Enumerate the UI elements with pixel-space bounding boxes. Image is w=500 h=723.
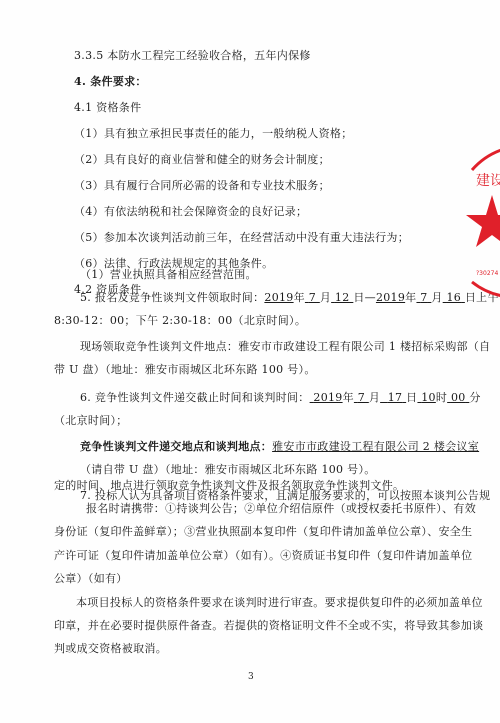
qualification-1: （1）营业执照具备相应经营范围。 [80, 268, 257, 282]
section-4-1-heading: 4.1 资格条件 [74, 101, 141, 115]
section-5-line-1: 5. 报名及竞争性谈判文件领取时间：2019年 7 月 12 日—2019年 7… [80, 291, 499, 305]
section-6-line-1: 6. 竞争性谈判文件递交截止时间和谈判时间： 2019年 7 月 17 日 10… [80, 391, 481, 405]
section-6-line-2: （北京时间）； [54, 414, 128, 428]
condition-5: （5）参加本次谈判活动前三年，在经营活动中没有重大违法行为； [74, 231, 409, 245]
condition-1: （1）具有独立承担民事责任的能力，一般纳税人资格； [74, 127, 353, 141]
condition-3: （3）具有履行合同所必需的设备和专业技术服务； [74, 179, 330, 193]
page-number: 3 [248, 672, 254, 682]
section-7-line-2: 定的时间、地点进行领取竞争性谈判文件及报名领取竞争性谈判文件。 [54, 479, 404, 493]
review-line-3: 判或成交资格被取消。 [54, 642, 167, 656]
submission-location-line-2: （请自带 U 盘）（地址：雅安市雨城区北环东路 100 号）。 [80, 463, 376, 477]
section-5-line-2: 8:30-12：00；下午 2:30-18：00（北京时间）。 [54, 314, 306, 328]
bring-items-line-4: 公章）（如有） [54, 572, 128, 586]
pickup-location-line-2: 带 U 盘）（地址：雅安市雨城区北环东路 100 号）。 [54, 363, 316, 377]
section-4-heading: 4. 条件要求： [74, 75, 147, 89]
review-line-2: 印章，并在必要时提供原件备查。若提供的资格证明文件不全或不实，将导致其参加谈 [54, 619, 483, 633]
review-line-1: 本项目投标人的资格条件要求在谈判时进行审查。要求提供复印件的必须加盖单位 [76, 596, 483, 610]
bring-items-line-3: 产许可证（复印件请加盖单位公章）（如有）。④资质证书复印件（复印件请加盖单位 [54, 549, 472, 563]
condition-4: （4）有依法纳税和社会保障资金的良好记录； [74, 205, 307, 219]
pickup-location-line-1: 现场领取竞争性谈判文件地点：雅安市市政建设工程有限公司 1 楼招标采购部（自 [80, 340, 490, 354]
bring-items-line-1: 报名时请携带：①持谈判公告；②单位介绍信原件（或授权委托书原件）、有效 [86, 502, 476, 516]
submission-location-line-1: 竞争性谈判文件递交地点和谈判地点：雅安市市政建设工程有限公司 2 楼会议室 [80, 440, 479, 454]
svg-text:建设: 建设 [476, 172, 500, 189]
condition-2: （2）具有良好的商业信誉和健全的财务会计制度； [74, 153, 330, 167]
company-seal-icon: 建设 ?30274 [462, 140, 500, 300]
clause-3-3-5: 3.3.5 本防水工程完工经验收合格，五年内保修 [74, 49, 311, 63]
bring-items-line-2: 身份证（复印件盖鲜章）；③营业执照副本复印件（复印件请加盖单位公章）、安全生 [54, 525, 472, 539]
svg-text:?30274: ?30274 [476, 270, 498, 277]
